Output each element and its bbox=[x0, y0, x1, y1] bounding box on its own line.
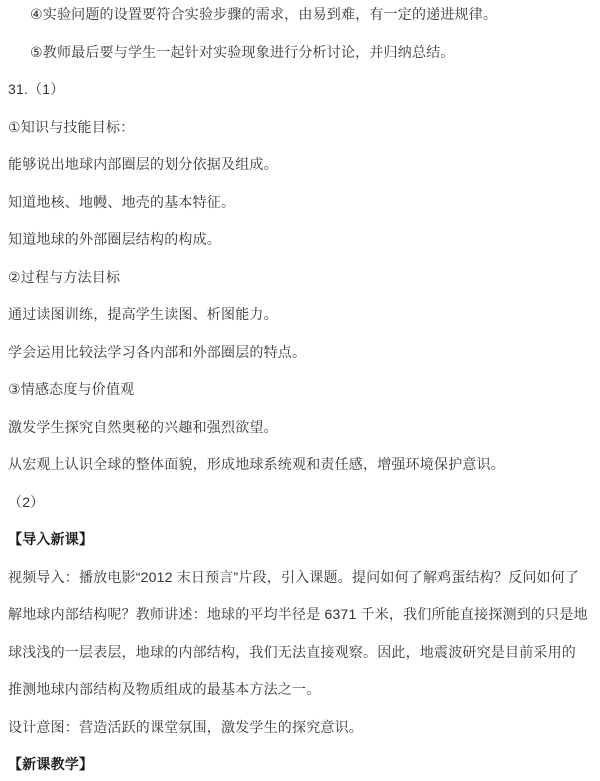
paragraph: （2） bbox=[8, 484, 588, 522]
paragraph: 设计意图：营造活跃的课堂氛围，激发学生的探究意识。 bbox=[8, 709, 588, 747]
section-heading: 【新课教学】 bbox=[8, 746, 588, 781]
paragraph: 能够说出地球内部圈层的划分依据及组成。 bbox=[8, 146, 588, 184]
paragraph: 视频导入：播放电影“2012 末日预言”片段，引入课题。提问如何了解鸡蛋结构？反… bbox=[8, 559, 588, 709]
paragraph: ③情感态度与价值观 bbox=[8, 371, 588, 409]
paragraph: 知道地核、地幔、地壳的基本特征。 bbox=[8, 184, 588, 222]
paragraph: 31.（1） bbox=[8, 71, 588, 109]
paragraph: ①知识与技能目标： bbox=[8, 109, 588, 147]
document-body: ④实验问题的设置要符合实验步骤的需求，由易到难，有一定的递进规律。⑤教师最后要与… bbox=[0, 0, 600, 781]
paragraph: ⑤教师最后要与学生一起针对实验现象进行分析讨论，并归纳总结。 bbox=[8, 34, 588, 72]
document-page: ④实验问题的设置要符合实验步骤的需求，由易到难，有一定的递进规律。⑤教师最后要与… bbox=[0, 0, 600, 781]
paragraph: ②过程与方法目标 bbox=[8, 259, 588, 297]
paragraph: 通过读图训练，提高学生读图、析图能力。 bbox=[8, 296, 588, 334]
section-heading: 【导入新课】 bbox=[8, 521, 588, 559]
paragraph: 知道地球的外部圈层结构的构成。 bbox=[8, 221, 588, 259]
paragraph: 学会运用比较法学习各内部和外部圈层的特点。 bbox=[8, 334, 588, 372]
paragraph: ④实验问题的设置要符合实验步骤的需求，由易到难，有一定的递进规律。 bbox=[8, 0, 588, 34]
paragraph: 激发学生探究自然奥秘的兴趣和强烈欲望。 bbox=[8, 409, 588, 447]
paragraph: 从宏观上认识全球的整体面貌，形成地球系统观和责任感，增强环境保护意识。 bbox=[8, 446, 588, 484]
